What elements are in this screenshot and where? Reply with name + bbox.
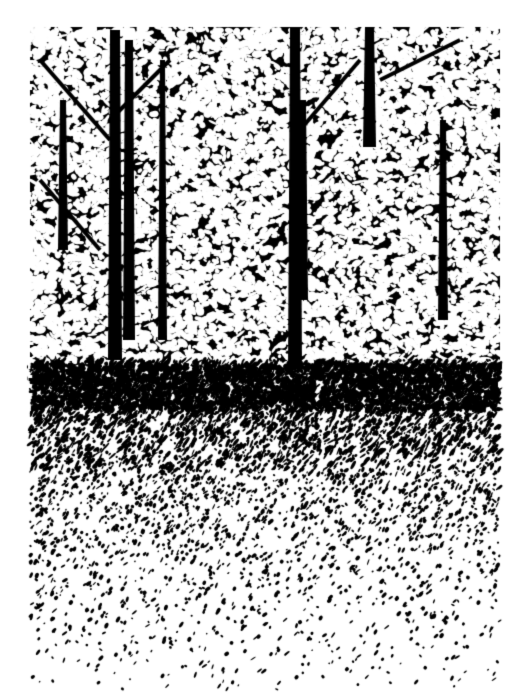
- woodland-photo: [0, 0, 525, 700]
